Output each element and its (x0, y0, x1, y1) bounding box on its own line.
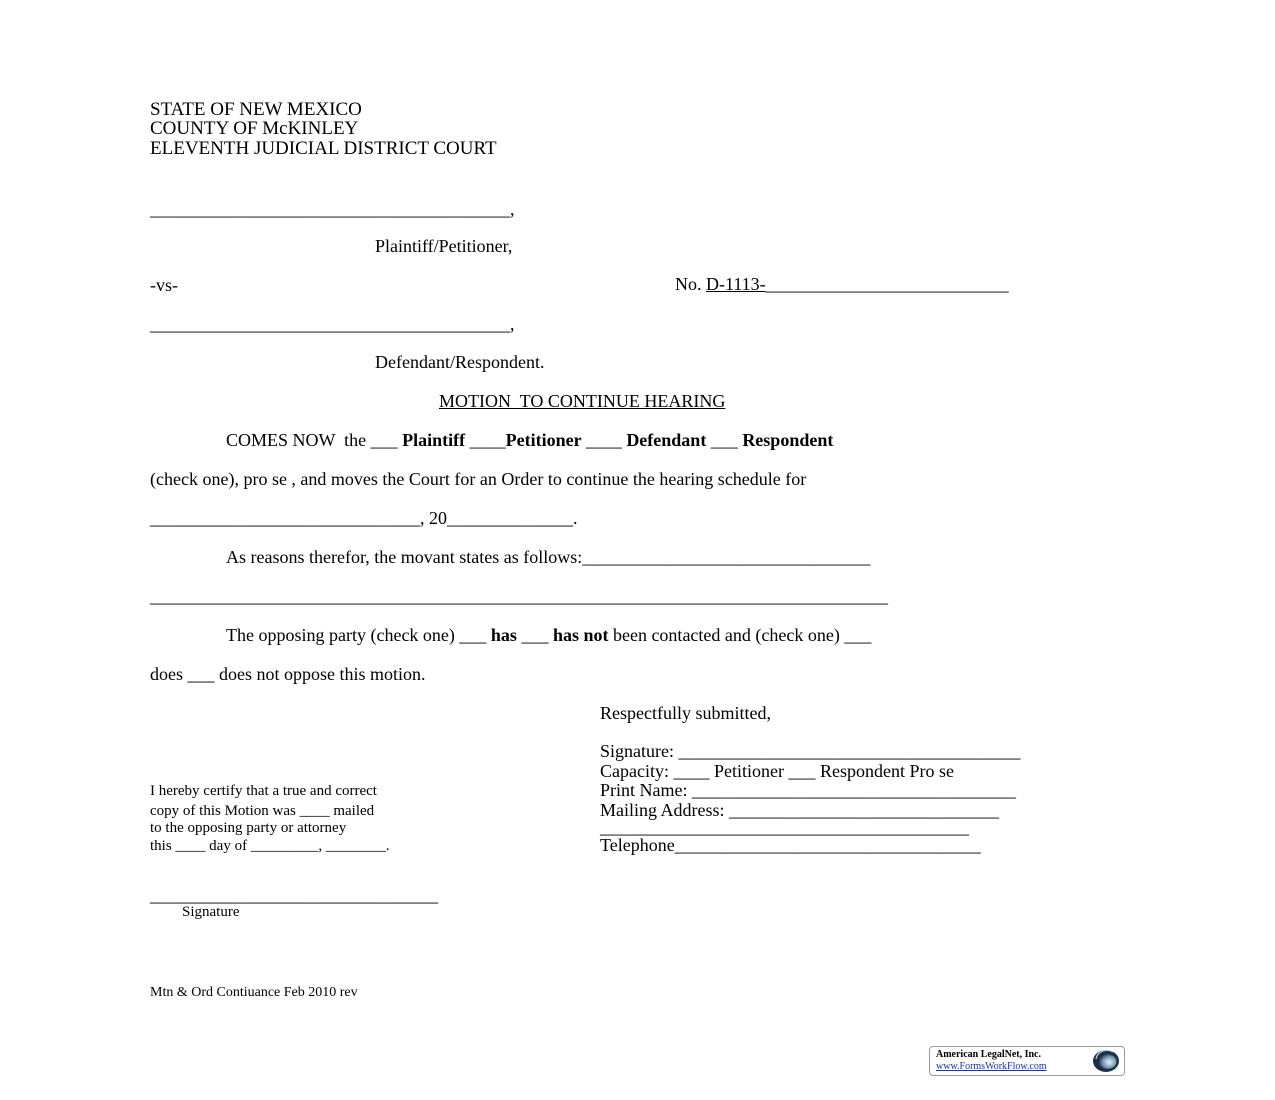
logo-website-link[interactable]: www.FormsWorkFlow.com (936, 1061, 1047, 1073)
option-defendant: Defendant (622, 430, 711, 450)
case-number-prefix: D-1113- (706, 274, 766, 294)
hearing-date-line: ______________________________, 20______… (150, 508, 578, 528)
opposing-party-line: The opposing party (check one) ___ has _… (226, 625, 871, 645)
has-checkbox-blank[interactable]: ___ (459, 625, 486, 645)
document-title: MOTION TO CONTINUE HEARING (439, 391, 725, 411)
option-has-not: has not (548, 625, 608, 645)
reasons-line: As reasons therefor, the movant states a… (226, 547, 870, 567)
case-number-label: No. (675, 274, 702, 294)
court-county: COUNTY OF McKINLEY (150, 119, 358, 139)
case-number: No. D-1113-___________________________ (675, 274, 1009, 294)
plaintiff-label: Plaintiff/Petitioner, (375, 236, 512, 256)
certificate-signature-label: Signature (182, 903, 240, 921)
opposing-intro: The opposing party (check one) (226, 625, 459, 645)
hearing-date-field[interactable]: ______________________________ (150, 508, 420, 528)
does-checkbox-blank[interactable]: ___ (844, 625, 871, 645)
american-legalnet-logo[interactable]: American LegalNet, Inc. www.FormsWorkFlo… (929, 1046, 1125, 1076)
defendant-name-field[interactable]: ________________________________________… (150, 314, 515, 334)
certificate-line1: I hereby certify that a true and correct (150, 782, 377, 800)
has-not-checkbox-blank[interactable]: ___ (521, 625, 548, 645)
option-respondent: Respondent (738, 430, 834, 450)
comes-now-intro: COMES NOW the (226, 430, 371, 450)
motion-text: (check one), pro se , and moves the Cour… (150, 469, 806, 489)
court-state: STATE OF NEW MEXICO (150, 100, 362, 120)
respondent-checkbox-blank[interactable]: ___ (711, 430, 738, 450)
reasons-field[interactable]: ________________________________ (582, 547, 870, 567)
print-name-field[interactable]: Print Name: ____________________________… (600, 780, 1016, 800)
option-plaintiff: Plaintiff (398, 430, 470, 450)
mailing-address-line2[interactable]: ________________________________________… (600, 817, 969, 837)
opposing-rest: been contacted and (check one) (608, 625, 844, 645)
telephone-field[interactable]: Telephone_______________________________… (600, 835, 981, 855)
option-petitioner: Petitioner (506, 430, 586, 450)
certificate-line3: to the opposing party or attorney (150, 819, 346, 837)
year-prefix: , 20 (420, 508, 447, 528)
petitioner-checkbox-blank[interactable]: ____ (470, 430, 506, 450)
plaintiff-name-field[interactable]: ________________________________________… (150, 199, 515, 219)
defendant-label: Defendant/Respondent. (375, 352, 544, 372)
case-number-field[interactable]: ___________________________ (766, 274, 1009, 294)
reasons-field-line2[interactable]: ________________________________________… (150, 586, 888, 606)
globe-icon (1091, 1049, 1121, 1073)
certificate-line2: copy of this Motion was ____ mailed (150, 802, 374, 820)
reasons-label: As reasons therefor, the movant states a… (226, 547, 582, 567)
comes-now-line: COMES NOW the ___ Plaintiff ____Petition… (226, 430, 833, 450)
date-period: . (573, 508, 578, 528)
logo-company-name: American LegalNet, Inc. (936, 1049, 1041, 1061)
certificate-line4: this ____ day of _________, ________. (150, 837, 390, 855)
plaintiff-checkbox-blank[interactable]: ___ (371, 430, 398, 450)
versus-label: -vs- (150, 275, 178, 295)
capacity-field[interactable]: Capacity: ____ Petitioner ___ Respondent… (600, 761, 954, 781)
hearing-year-field[interactable]: ______________ (447, 508, 573, 528)
signature-field[interactable]: Signature: _____________________________… (600, 741, 1021, 761)
revision-note: Mtn & Ord Contiuance Feb 2010 rev (150, 984, 358, 1001)
closing-text: Respectfully submitted, (600, 703, 771, 723)
option-has: has (486, 625, 521, 645)
opposition-line: does ___ does not oppose this motion. (150, 664, 426, 684)
defendant-checkbox-blank[interactable]: ____ (586, 430, 622, 450)
court-name: ELEVENTH JUDICIAL DISTRICT COURT (150, 139, 497, 159)
certificate-signature-field[interactable]: ________________________________ (150, 885, 438, 905)
